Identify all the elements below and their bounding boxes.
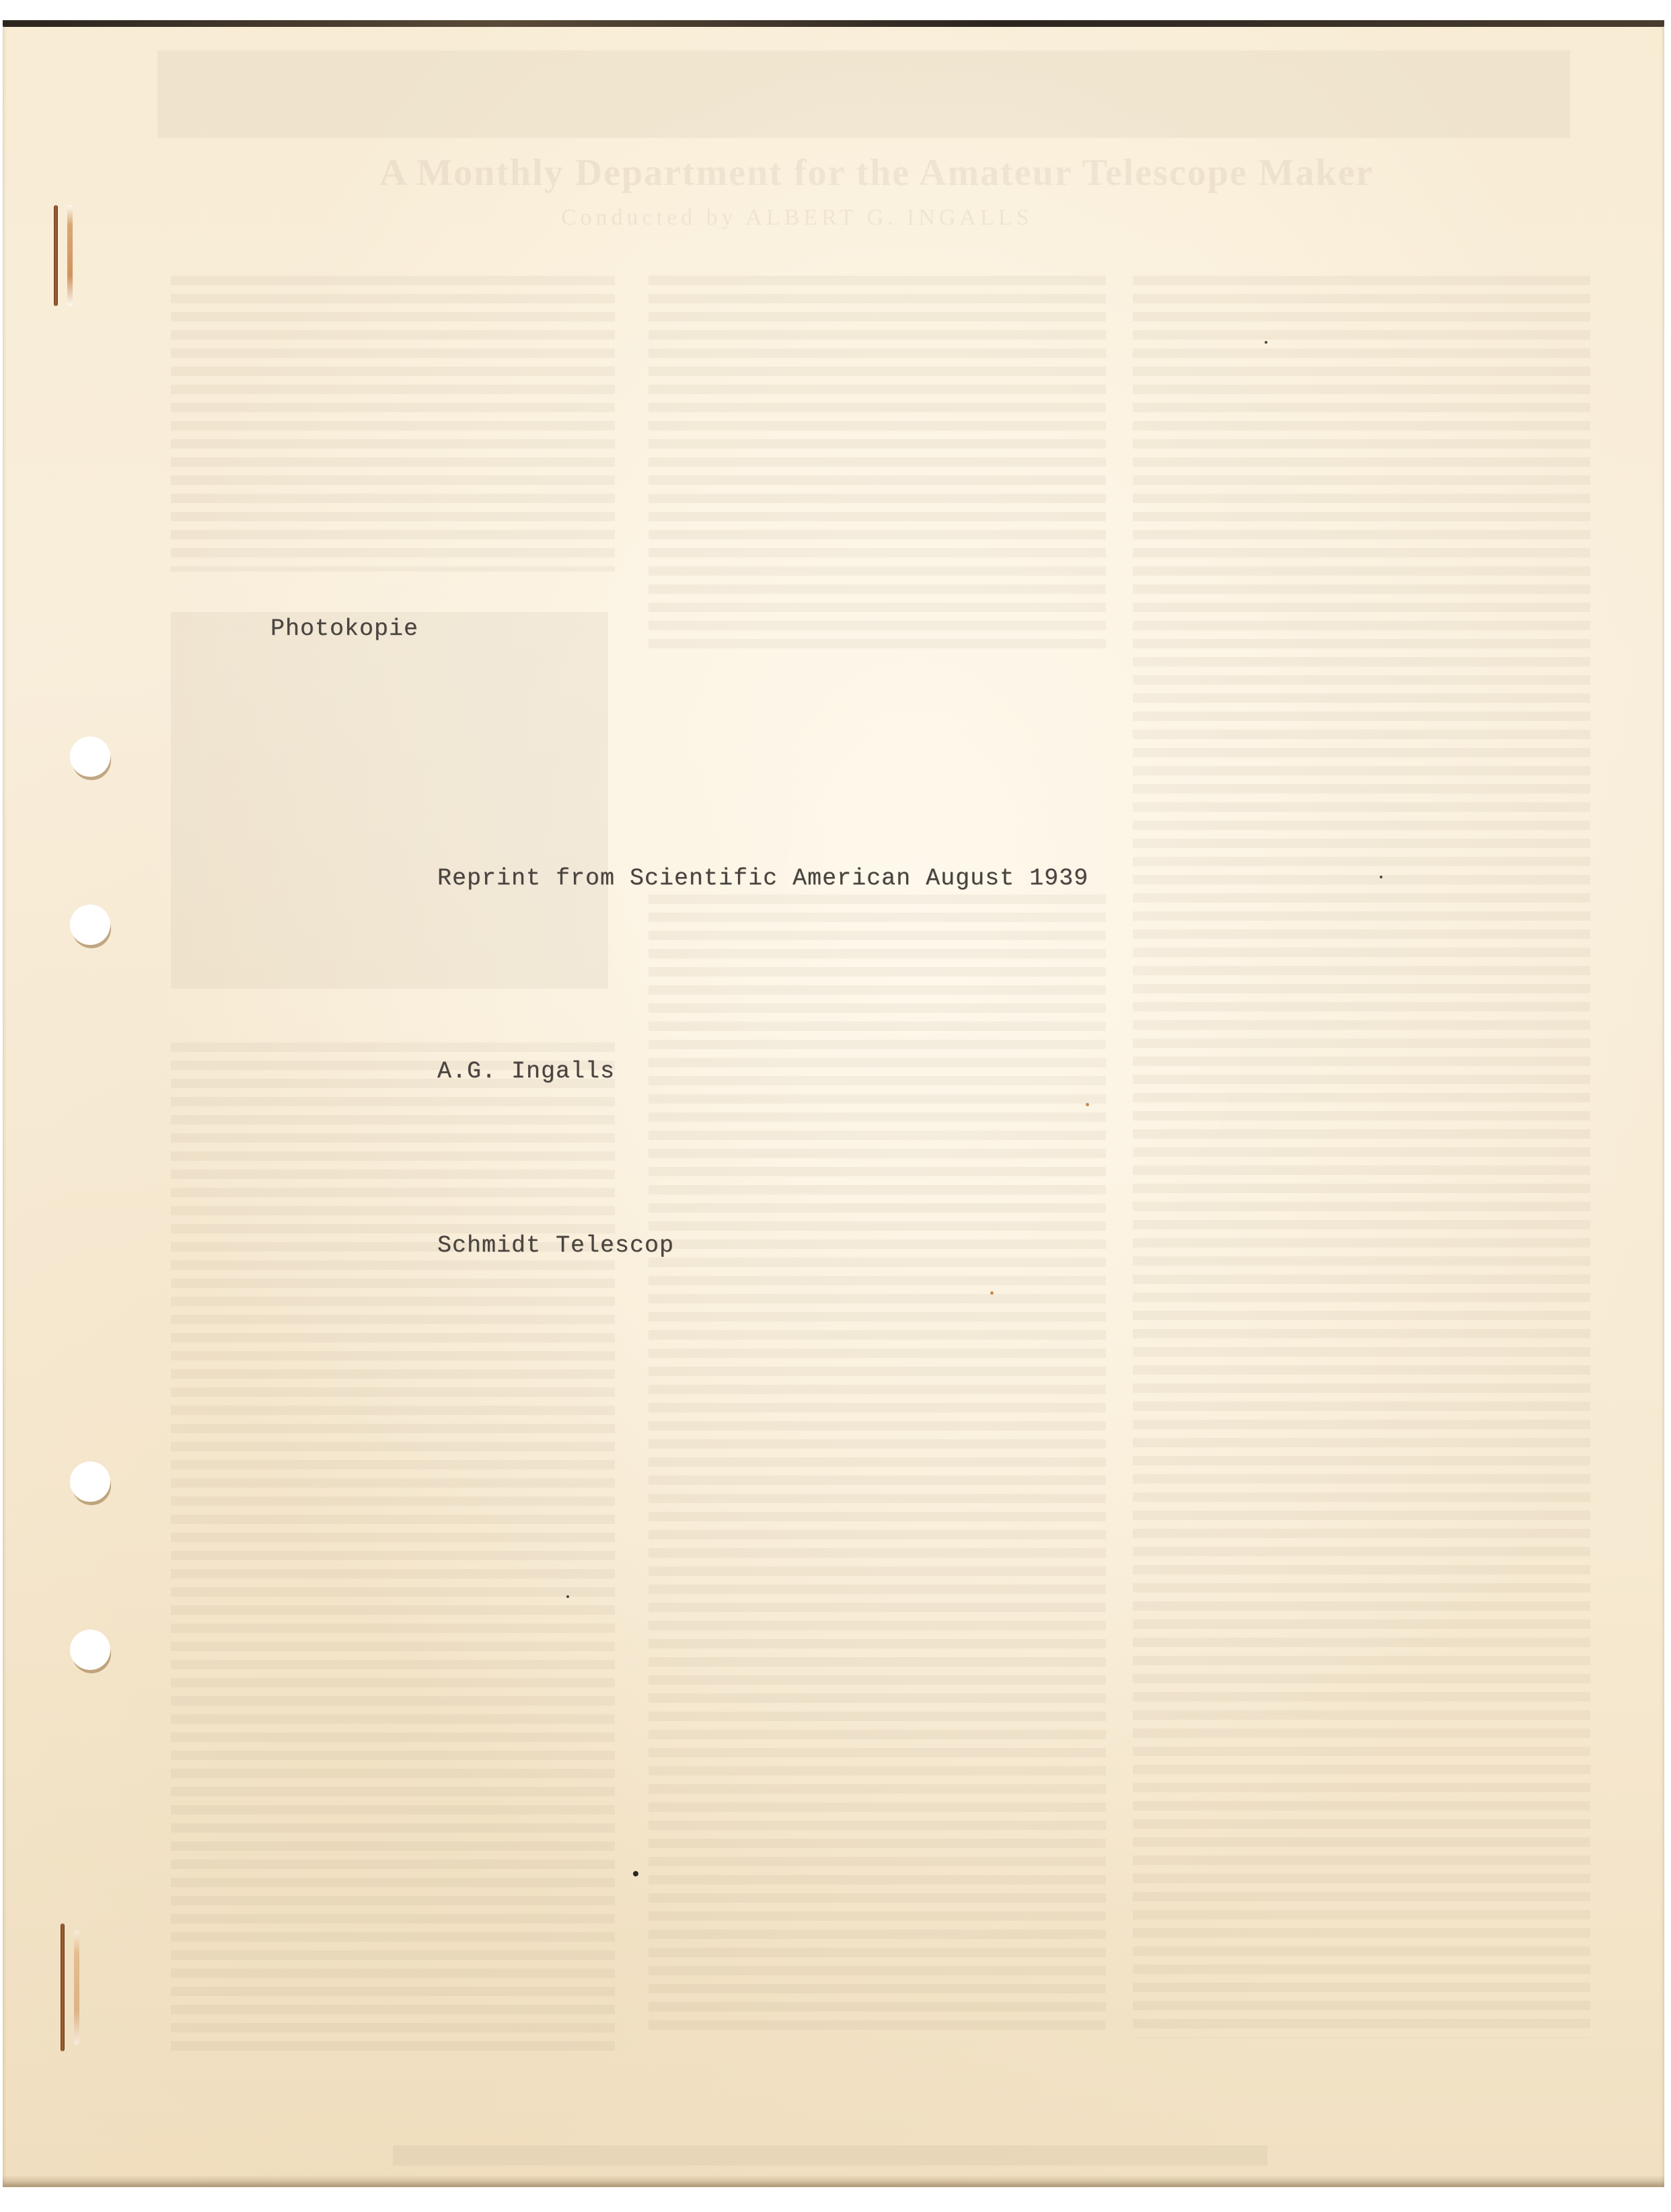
document-page: A Monthly Department for the Amateur Tel… xyxy=(3,20,1664,2187)
punch-hole-icon xyxy=(70,736,110,777)
ink-speck xyxy=(633,1871,638,1876)
ink-speck xyxy=(1265,341,1267,344)
show-through-column xyxy=(648,894,1106,2038)
show-through-column xyxy=(648,276,1106,652)
reprint-source: Reprint from Scientific American August … xyxy=(437,865,1088,892)
show-through-header xyxy=(157,50,1570,138)
page-top-edge xyxy=(3,20,1664,27)
ink-speck xyxy=(566,1595,569,1598)
punch-hole-icon xyxy=(70,1630,110,1670)
page-bottom-edge xyxy=(3,2175,1664,2187)
author-name: A.G. Ingalls xyxy=(437,1058,615,1085)
document-title: Schmidt Telescop xyxy=(437,1232,674,1259)
show-through-footer xyxy=(393,2145,1267,2166)
photocopy-label: Photokopie xyxy=(270,615,418,642)
ink-speck xyxy=(1086,1103,1089,1106)
show-through-photo xyxy=(171,612,608,989)
show-through-column xyxy=(171,1042,615,2051)
staple-icon xyxy=(50,185,77,306)
ink-speck xyxy=(990,1291,994,1295)
ink-speck xyxy=(1380,876,1382,878)
staple-icon xyxy=(57,1923,83,2058)
show-through-column xyxy=(1133,276,1590,2038)
punch-hole-icon xyxy=(70,905,110,945)
show-through-subtitle: A Monthly Department for the Amateur Tel… xyxy=(379,151,1374,194)
show-through-byline: Conducted by ALBERT G. INGALLS xyxy=(561,205,1033,231)
show-through-column xyxy=(171,276,615,572)
punch-hole-icon xyxy=(70,1461,110,1502)
